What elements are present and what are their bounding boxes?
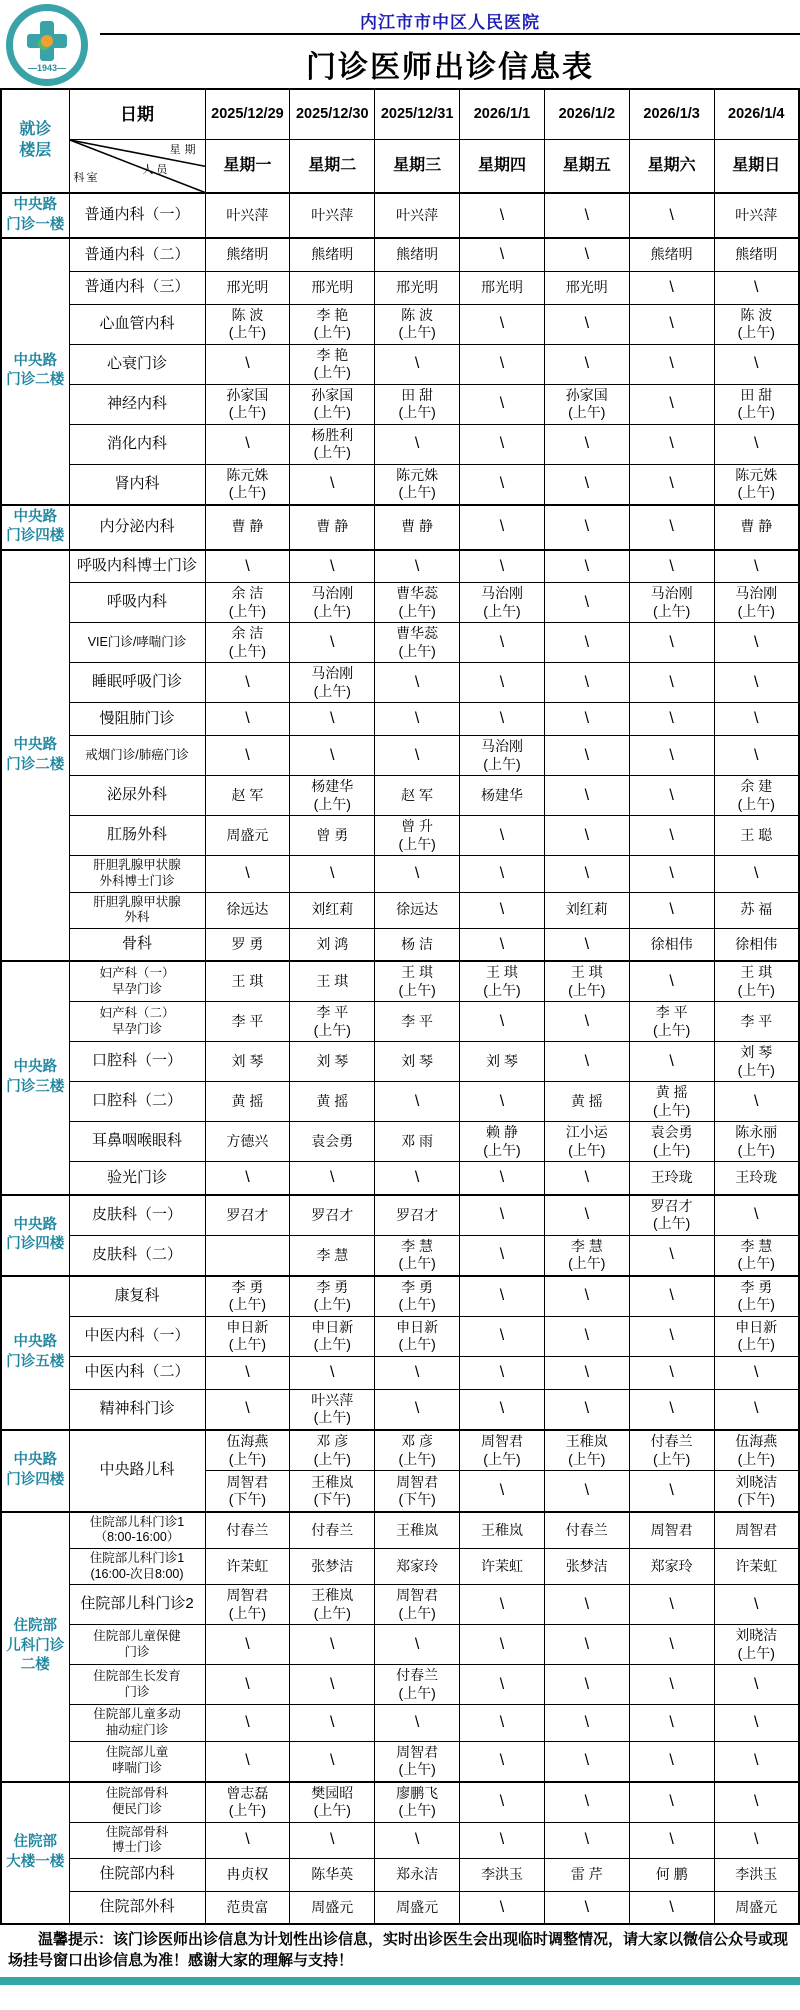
schedule-cell: \ — [544, 1276, 629, 1317]
schedule-cell: 余 洁 (上午) — [205, 623, 290, 663]
floor-cell: 中央路 门诊三楼 — [1, 961, 69, 1195]
schedule-cell: \ — [375, 856, 460, 892]
schedule-cell: \ — [460, 1741, 545, 1782]
hospital-name: 内江市市中区人民医院 — [100, 8, 800, 33]
schedule-cell: \ — [629, 736, 714, 776]
schedule-cell: 李 勇 (上午) — [714, 1276, 799, 1317]
schedule-cell: \ — [629, 776, 714, 816]
floor-cell: 住院部 大楼一楼 — [1, 1782, 69, 1925]
schedule-cell: 李 勇 (上午) — [375, 1276, 460, 1317]
schedule-cell: \ — [544, 1891, 629, 1924]
dept-cell: 慢阻肺门诊 — [69, 703, 205, 736]
schedule-row: VIE门诊/哮喘门诊余 洁 (上午)\曹华蕊 (上午)\\\\ — [1, 623, 799, 663]
dept-cell: 妇产科（一） 早孕门诊 — [69, 961, 205, 1002]
schedule-cell: 邢光明 — [375, 271, 460, 304]
schedule-cell: \ — [290, 623, 375, 663]
schedule-cell: 陈元姝 (上午) — [205, 464, 290, 505]
dept-cell: 心血管内科 — [69, 304, 205, 344]
schedule-cell: 樊园昭 (上午) — [290, 1782, 375, 1823]
schedule-cell: \ — [544, 1356, 629, 1389]
schedule-cell: 李 慧 (上午) — [714, 1235, 799, 1276]
schedule-cell: 李 平 — [375, 1002, 460, 1042]
header-row-weekdays: 星期人员科室星期一星期二星期三星期四星期五星期六星期日 — [1, 139, 799, 193]
schedule-cell: 周智君 (上午) — [460, 1430, 545, 1471]
schedule-table-body: 就诊 楼层日期2025/12/292025/12/302025/12/31202… — [1, 89, 799, 1924]
dept-cell: 消化内科 — [69, 424, 205, 464]
schedule-cell: 李 慧 (上午) — [375, 1235, 460, 1276]
schedule-cell: 余 建 (上午) — [714, 776, 799, 816]
dept-cell: 口腔科（二） — [69, 1082, 205, 1122]
dept-cell: 康复科 — [69, 1276, 205, 1317]
schedule-row: 中央路 门诊四楼内分泌内科曹 静曹 静曹 静\\\曹 静 — [1, 505, 799, 550]
schedule-row: 肝胆乳腺甲状腺 外科徐远达刘红莉徐远达\刘红莉\苏 福 — [1, 892, 799, 928]
schedule-row: 睡眠呼吸门诊\马治刚 (上午)\\\\\ — [1, 663, 799, 703]
schedule-cell: 李 平 — [714, 1002, 799, 1042]
schedule-cell: 方德兴 — [205, 1122, 290, 1162]
schedule-cell: 王稚岚 — [375, 1512, 460, 1549]
schedule-cell: 邢光明 — [460, 271, 545, 304]
schedule-cell: 李 平 (上午) — [290, 1002, 375, 1042]
schedule-row: 中央路 门诊四楼皮肤科（一）罗召才罗召才罗召才\\罗召才 (上午)\ — [1, 1195, 799, 1236]
schedule-cell: \ — [460, 1276, 545, 1317]
schedule-cell: 刘晓洁 (下午) — [714, 1471, 799, 1512]
schedule-cell: \ — [629, 505, 714, 550]
schedule-cell: \ — [460, 193, 545, 238]
schedule-cell: \ — [714, 1741, 799, 1782]
floor-cell: 住院部 儿科门诊 二楼 — [1, 1512, 69, 1782]
schedule-cell: \ — [629, 1276, 714, 1317]
schedule-cell: \ — [290, 1705, 375, 1741]
schedule-cell: \ — [629, 1705, 714, 1741]
schedule-cell: \ — [460, 1891, 545, 1924]
logo-year: —1943— — [13, 63, 81, 73]
schedule-row: 精神科门诊\叶兴萍 (上午)\\\\\ — [1, 1389, 799, 1430]
dept-cell: 呼吸内科 — [69, 583, 205, 623]
schedule-cell: \ — [544, 505, 629, 550]
schedule-row: 肝胆乳腺甲状腺 外科博士门诊\\\\\\\ — [1, 856, 799, 892]
dept-cell: 中医内科（二） — [69, 1356, 205, 1389]
dept-cell: 住院部儿童保健 门诊 — [69, 1625, 205, 1665]
schedule-cell: \ — [205, 1356, 290, 1389]
schedule-cell: 廖鹏飞 (上午) — [375, 1782, 460, 1823]
logo-swirl-icon — [41, 35, 53, 47]
bottom-strip — [0, 1977, 800, 1985]
schedule-row: 中央路 门诊五楼康复科李 勇 (上午)李 勇 (上午)李 勇 (上午)\\\李 … — [1, 1276, 799, 1317]
schedule-cell: \ — [629, 623, 714, 663]
schedule-cell: \ — [460, 238, 545, 271]
schedule-cell: \ — [290, 464, 375, 505]
schedule-cell: 熊绪明 — [629, 238, 714, 271]
schedule-row: 耳鼻咽喉眼科方德兴袁会勇邓 雨赖 静 (上午)江小运 (上午)袁会勇 (上午)陈… — [1, 1122, 799, 1162]
schedule-cell: \ — [544, 1705, 629, 1741]
schedule-cell: \ — [544, 424, 629, 464]
schedule-cell: \ — [714, 550, 799, 583]
schedule-cell: \ — [544, 856, 629, 892]
schedule-cell: \ — [544, 304, 629, 344]
schedule-cell: \ — [460, 550, 545, 583]
schedule-cell: 李 平 — [205, 1002, 290, 1042]
schedule-cell: \ — [714, 736, 799, 776]
schedule-cell: 熊绪明 — [290, 238, 375, 271]
schedule-cell: \ — [714, 1782, 799, 1823]
schedule-cell: \ — [544, 583, 629, 623]
date-header-cell: 2025/12/31 — [375, 89, 460, 139]
weekday-header-cell: 星期四 — [460, 139, 545, 193]
schedule-row: 骨科罗 勇刘 鸿杨 洁\\徐相伟徐相伟 — [1, 928, 799, 961]
schedule-row: 住院部 儿科门诊 二楼住院部儿科门诊1 （8:00-16:00）付春兰付春兰王稚… — [1, 1512, 799, 1549]
dept-cell: 住院部儿科门诊2 — [69, 1585, 205, 1625]
schedule-cell: \ — [460, 505, 545, 550]
schedule-cell: \ — [460, 703, 545, 736]
floor-cell: 中央路 门诊四楼 — [1, 1430, 69, 1512]
schedule-cell: 刘红莉 — [290, 892, 375, 928]
dept-cell: 住院部儿童 哮喘门诊 — [69, 1741, 205, 1782]
schedule-cell: 陈元姝 (上午) — [375, 464, 460, 505]
schedule-cell: \ — [544, 1822, 629, 1858]
dept-cell: 内分泌内科 — [69, 505, 205, 550]
schedule-cell: \ — [460, 1665, 545, 1705]
schedule-cell: 申日新 (上午) — [205, 1316, 290, 1356]
schedule-cell: 陈 波 (上午) — [714, 304, 799, 344]
schedule-cell: 马治刚 (上午) — [460, 736, 545, 776]
dept-cell: 普通内科（一） — [69, 193, 205, 238]
schedule-cell: \ — [629, 1389, 714, 1430]
schedule-cell: 邢光明 — [544, 271, 629, 304]
schedule-cell: 曾志磊 (上午) — [205, 1782, 290, 1823]
floor-cell: 中央路 门诊四楼 — [1, 1195, 69, 1276]
schedule-cell: 李 慧 — [290, 1235, 375, 1276]
schedule-cell: \ — [205, 1665, 290, 1705]
schedule-row: 住院部儿童保健 门诊\\\\\\刘晓洁 (上午) — [1, 1625, 799, 1665]
schedule-cell: \ — [205, 550, 290, 583]
schedule-cell: \ — [460, 384, 545, 424]
header-row-dates: 就诊 楼层日期2025/12/292025/12/302025/12/31202… — [1, 89, 799, 139]
weekday-header-cell: 星期六 — [629, 139, 714, 193]
dept-cell: 皮肤科（二） — [69, 1235, 205, 1276]
schedule-cell: 赵 军 — [205, 776, 290, 816]
schedule-cell: 王 琪 — [205, 961, 290, 1002]
schedule-cell: 许茉虹 — [460, 1549, 545, 1585]
schedule-cell: 付春兰 — [544, 1512, 629, 1549]
schedule-cell: \ — [714, 1822, 799, 1858]
schedule-cell: \ — [629, 344, 714, 384]
dept-cell: 肝胆乳腺甲状腺 外科 — [69, 892, 205, 928]
schedule-cell: \ — [714, 424, 799, 464]
schedule-cell: 周盛元 — [205, 816, 290, 856]
schedule-cell: \ — [460, 1585, 545, 1625]
schedule-cell: \ — [629, 464, 714, 505]
schedule-cell: 马治刚 (上午) — [460, 583, 545, 623]
schedule-cell: 伍海燕 (上午) — [205, 1430, 290, 1471]
schedule-cell: 周智君 (下午) — [375, 1471, 460, 1512]
dept-cell: 住院部骨科 博士门诊 — [69, 1822, 205, 1858]
dept-cell: 精神科门诊 — [69, 1389, 205, 1430]
schedule-cell: 周智君 — [714, 1512, 799, 1549]
schedule-row: 验光门诊\\\\\王玲珑王玲珑 — [1, 1162, 799, 1195]
schedule-row: 住院部儿科门诊1 (16:00-次日8:00)许茉虹张梦洁郑家玲许茉虹张梦洁郑家… — [1, 1549, 799, 1585]
schedule-cell: 王 琪 — [290, 961, 375, 1002]
schedule-cell: 余 洁 (上午) — [205, 583, 290, 623]
dept-cell: 耳鼻咽喉眼科 — [69, 1122, 205, 1162]
schedule-row: 泌尿外科赵 军杨建华 (上午)赵 军杨建华\\余 建 (上午) — [1, 776, 799, 816]
schedule-cell: 黄 摇 — [205, 1082, 290, 1122]
schedule-row: 肛肠外科周盛元曾 勇曾 升 (上午)\\\王 聪 — [1, 816, 799, 856]
schedule-cell: \ — [629, 304, 714, 344]
schedule-cell: \ — [460, 928, 545, 961]
schedule-cell: \ — [714, 344, 799, 384]
schedule-cell: 曹 静 — [290, 505, 375, 550]
schedule-cell: 杨建华 — [460, 776, 545, 816]
schedule-cell: \ — [629, 1356, 714, 1389]
dept-cell: 住院部生长发育 门诊 — [69, 1665, 205, 1705]
dept-cell: 骨科 — [69, 928, 205, 961]
schedule-cell: 罗召才 — [290, 1195, 375, 1236]
schedule-cell: 李 艳 (上午) — [290, 304, 375, 344]
schedule-row: 普通内科（三）邢光明邢光明邢光明邢光明邢光明\\ — [1, 271, 799, 304]
schedule-cell: \ — [205, 1162, 290, 1195]
schedule-row: 住院部 大楼一楼住院部骨科 便民门诊曾志磊 (上午)樊园昭 (上午)廖鹏飞 (上… — [1, 1782, 799, 1823]
schedule-cell: 赖 静 (上午) — [460, 1122, 545, 1162]
schedule-cell: 陈 波 (上午) — [205, 304, 290, 344]
hospital-logo: —1943— — [6, 4, 88, 86]
schedule-cell: \ — [629, 1235, 714, 1276]
schedule-cell: \ — [205, 736, 290, 776]
schedule-cell: 周智君 (上午) — [205, 1585, 290, 1625]
schedule-cell: \ — [544, 464, 629, 505]
schedule-cell: 李 平 (上午) — [629, 1002, 714, 1042]
floor-cell: 中央路 门诊一楼 — [1, 193, 69, 238]
schedule-cell: \ — [714, 703, 799, 736]
schedule-cell: 李 艳 (上午) — [290, 344, 375, 384]
schedule-cell: 叶兴萍 — [290, 193, 375, 238]
schedule-cell: 李 勇 (上午) — [290, 1276, 375, 1317]
schedule-cell: 申日新 (上午) — [290, 1316, 375, 1356]
dept-cell: 住院部儿科门诊1 （8:00-16:00） — [69, 1512, 205, 1549]
weekday-header-cell: 星期二 — [290, 139, 375, 193]
schedule-cell: 王 琪 (上午) — [460, 961, 545, 1002]
schedule-cell: 付春兰 (上午) — [629, 1430, 714, 1471]
weekday-header-cell: 星期三 — [375, 139, 460, 193]
schedule-cell: \ — [460, 1316, 545, 1356]
dept-cell: 泌尿外科 — [69, 776, 205, 816]
schedule-cell: 付春兰 (上午) — [375, 1665, 460, 1705]
schedule-cell: \ — [714, 1195, 799, 1236]
schedule-row: 口腔科（二）黄 摇黄 摇\\黄 摇黄 摇 (上午)\ — [1, 1082, 799, 1122]
schedule-cell: \ — [290, 1162, 375, 1195]
schedule-cell: \ — [460, 424, 545, 464]
schedule-cell: \ — [290, 1356, 375, 1389]
schedule-cell: \ — [629, 384, 714, 424]
schedule-cell: 刘 琴 — [205, 1042, 290, 1082]
schedule-cell: \ — [460, 892, 545, 928]
schedule-cell: \ — [544, 1042, 629, 1082]
schedule-cell: 孙家国 (上午) — [544, 384, 629, 424]
dept-cell: 肾内科 — [69, 464, 205, 505]
schedule-cell: 曹华蕊 (上午) — [375, 623, 460, 663]
schedule-cell: 马治刚 (上午) — [290, 583, 375, 623]
dept-cell: 口腔科（一） — [69, 1042, 205, 1082]
schedule-row: 住院部外科范贵富周盛元周盛元\\\周盛元 — [1, 1891, 799, 1924]
schedule-cell: \ — [290, 550, 375, 583]
schedule-cell: 叶兴萍 — [714, 193, 799, 238]
schedule-row: 住院部儿童多动 抽动症门诊\\\\\\\ — [1, 1705, 799, 1741]
schedule-row: 住院部儿科门诊2周智君 (上午)王稚岚 (上午)周智君 (上午)\\\\ — [1, 1585, 799, 1625]
schedule-cell: \ — [714, 1389, 799, 1430]
schedule-cell: 徐远达 — [375, 892, 460, 928]
schedule-cell: \ — [460, 1471, 545, 1512]
schedule-cell: 叶兴萍 — [205, 193, 290, 238]
schedule-cell: \ — [205, 344, 290, 384]
schedule-cell: \ — [375, 663, 460, 703]
schedule-cell: 郑永洁 — [375, 1858, 460, 1891]
date-header-cell: 2026/1/1 — [460, 89, 545, 139]
schedule-row: 住院部内科冉贞权陈华英郑永洁李洪玉雷 芹何 鹏李洪玉 — [1, 1858, 799, 1891]
schedule-row: 心衰门诊\李 艳 (上午)\\\\\ — [1, 344, 799, 384]
schedule-row: 中央路 门诊二楼普通内科（二）熊绪明熊绪明熊绪明\\熊绪明熊绪明 — [1, 238, 799, 271]
dept-cell: 住院部外科 — [69, 1891, 205, 1924]
schedule-cell: \ — [205, 1705, 290, 1741]
schedule-cell: 张梦洁 — [544, 1549, 629, 1585]
schedule-cell: 王稚岚 (下午) — [290, 1471, 375, 1512]
schedule-cell: \ — [714, 856, 799, 892]
schedule-cell: 周盛元 — [375, 1891, 460, 1924]
schedule-cell: \ — [205, 703, 290, 736]
schedule-cell: \ — [290, 736, 375, 776]
page-title: 门诊医师出诊信息表 — [100, 42, 800, 86]
schedule-cell: \ — [544, 776, 629, 816]
schedule-cell: \ — [544, 1002, 629, 1042]
schedule-cell: \ — [629, 271, 714, 304]
schedule-cell: 郑家玲 — [629, 1549, 714, 1585]
schedule-cell: \ — [375, 1625, 460, 1665]
schedule-cell: 陈元姝 (上午) — [714, 464, 799, 505]
schedule-cell: \ — [629, 816, 714, 856]
schedule-cell: 杨胜利 (上午) — [290, 424, 375, 464]
schedule-cell: 李洪玉 — [714, 1858, 799, 1891]
schedule-cell: \ — [205, 1625, 290, 1665]
schedule-cell: \ — [544, 1741, 629, 1782]
schedule-cell: 张梦洁 — [290, 1549, 375, 1585]
schedule-cell: 曹 静 — [375, 505, 460, 550]
date-header-cell: 2025/12/30 — [290, 89, 375, 139]
schedule-cell: 许茉虹 — [714, 1549, 799, 1585]
schedule-cell: 熊绪明 — [714, 238, 799, 271]
floor-column-header: 就诊 楼层 — [1, 89, 69, 193]
schedule-cell: \ — [629, 1741, 714, 1782]
schedule-cell: \ — [205, 856, 290, 892]
schedule-row: 皮肤科（二）李 慧李 慧 (上午)\李 慧 (上午)\李 慧 (上午) — [1, 1235, 799, 1276]
schedule-cell: 黄 摇 — [290, 1082, 375, 1122]
schedule-cell: \ — [460, 1082, 545, 1122]
schedule-cell: \ — [460, 1356, 545, 1389]
schedule-cell: 曹华蕊 (上午) — [375, 583, 460, 623]
schedule-cell: \ — [290, 856, 375, 892]
title-underline — [100, 33, 800, 35]
schedule-cell: 周智君 (上午) — [375, 1585, 460, 1625]
dept-cell: 中央路儿科 — [69, 1430, 205, 1512]
schedule-row: 消化内科\杨胜利 (上午)\\\\\ — [1, 424, 799, 464]
schedule-cell: \ — [375, 1389, 460, 1430]
schedule-cell: 伍海燕 (上午) — [714, 1430, 799, 1471]
schedule-row: 住院部儿童 哮喘门诊\\周智君 (上午)\\\\ — [1, 1741, 799, 1782]
schedule-cell: 苏 福 — [714, 892, 799, 928]
schedule-cell: \ — [375, 1356, 460, 1389]
schedule-cell: 郑家玲 — [375, 1549, 460, 1585]
footer-note: 温馨提示：该门诊医师出诊信息为计划性出诊信息，实时出诊医生会出现临时调整情况，请… — [0, 1925, 800, 1977]
schedule-cell: 黄 摇 — [544, 1082, 629, 1122]
schedule-cell: 王 琪 (上午) — [714, 961, 799, 1002]
schedule-cell: \ — [375, 550, 460, 583]
schedule-cell: \ — [629, 663, 714, 703]
schedule-cell: \ — [629, 1665, 714, 1705]
schedule-cell: 陈永丽 (上午) — [714, 1122, 799, 1162]
schedule-row: 慢阻肺门诊\\\\\\\ — [1, 703, 799, 736]
schedule-cell: 田 甜 (上午) — [714, 384, 799, 424]
dept-cell: 呼吸内科博士门诊 — [69, 550, 205, 583]
schedule-cell: 罗 勇 — [205, 928, 290, 961]
schedule-cell: \ — [629, 1891, 714, 1924]
schedule-cell: 袁会勇 — [290, 1122, 375, 1162]
schedule-cell: \ — [629, 1042, 714, 1082]
schedule-row: 住院部骨科 博士门诊\\\\\\\ — [1, 1822, 799, 1858]
schedule-cell: \ — [714, 663, 799, 703]
page-header: —1943— 内江市市中区人民医院 门诊医师出诊信息表 — [0, 0, 800, 88]
schedule-cell: \ — [460, 1625, 545, 1665]
dept-cell: 住院部内科 — [69, 1858, 205, 1891]
dept-cell: 验光门诊 — [69, 1162, 205, 1195]
schedule-cell: \ — [629, 703, 714, 736]
schedule-cell: 邓 雨 — [375, 1122, 460, 1162]
schedule-cell: \ — [290, 703, 375, 736]
floor-cell: 中央路 门诊二楼 — [1, 550, 69, 962]
dept-cell: 住院部儿科门诊1 (16:00-次日8:00) — [69, 1549, 205, 1585]
schedule-cell: 何 鹏 — [629, 1858, 714, 1891]
schedule-cell: \ — [375, 1705, 460, 1741]
schedule-cell: 杨建华 (上午) — [290, 776, 375, 816]
floor-cell: 中央路 门诊二楼 — [1, 238, 69, 505]
weekday-header-cell: 星期日 — [714, 139, 799, 193]
schedule-cell: \ — [460, 344, 545, 384]
schedule-cell: \ — [290, 1665, 375, 1705]
schedule-cell: \ — [460, 1782, 545, 1823]
schedule-cell: 杨 洁 — [375, 928, 460, 961]
schedule-cell: \ — [544, 703, 629, 736]
schedule-cell: 王稚岚 — [460, 1512, 545, 1549]
schedule-cell: 马治刚 (上午) — [629, 583, 714, 623]
schedule-cell: 熊绪明 — [375, 238, 460, 271]
schedule-cell: 王玲珑 — [629, 1162, 714, 1195]
schedule-cell: 曹 静 — [714, 505, 799, 550]
schedule-cell: 徐相伟 — [714, 928, 799, 961]
schedule-cell: \ — [544, 1316, 629, 1356]
schedule-cell: 邓 彦 (上午) — [375, 1430, 460, 1471]
schedule-cell: \ — [544, 623, 629, 663]
schedule-cell: \ — [629, 1585, 714, 1625]
schedule-cell: \ — [714, 1585, 799, 1625]
schedule-cell: \ — [544, 550, 629, 583]
dept-cell: 住院部骨科 便民门诊 — [69, 1782, 205, 1823]
date-header-cell: 2025/12/29 — [205, 89, 290, 139]
date-header-cell: 2026/1/3 — [629, 89, 714, 139]
schedule-cell: \ — [544, 1471, 629, 1512]
schedule-cell: \ — [460, 304, 545, 344]
schedule-cell: \ — [460, 816, 545, 856]
schedule-cell: \ — [629, 1625, 714, 1665]
schedule-cell: 陈 波 (上午) — [375, 304, 460, 344]
schedule-cell: 刘 琴 — [290, 1042, 375, 1082]
schedule-cell: 熊绪明 — [205, 238, 290, 271]
schedule-cell: 曾 升 (上午) — [375, 816, 460, 856]
